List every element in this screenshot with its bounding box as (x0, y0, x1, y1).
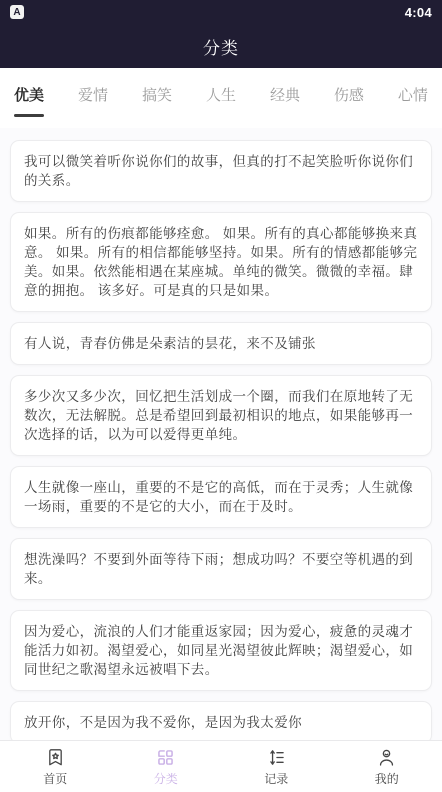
nav-label: 首页 (43, 770, 67, 787)
quote-card[interactable]: 有人说，青春仿佛是朵素洁的昙花，来不及铺张 (10, 322, 432, 365)
tab-youmei[interactable]: 优美 (14, 84, 44, 117)
tab-label: 爱情 (78, 84, 108, 114)
nav-item-records[interactable]: 记录 (241, 747, 311, 787)
app-screen: A 4:04 分类 优美 爱情 搞笑 人生 经典 伤感 (0, 0, 442, 792)
quote-list: 我可以微笑着听你说你们的故事，但真的打不起笑脸听你说你们的关系。 如果。所有的伤… (0, 128, 442, 740)
tab-label: 心情 (398, 84, 428, 114)
status-bar: A 4:04 (0, 0, 442, 24)
quote-card[interactable]: 人生就像一座山，重要的不是它的高低，而在于灵秀；人生就像一场雨，重要的不是它的大… (10, 466, 432, 528)
quote-card[interactable]: 因为爱心，流浪的人们才能重返家园；因为爱心，疲惫的灵魂才能活力如初。渴望爱心，如… (10, 610, 432, 691)
tab-gaoxiao[interactable]: 搞笑 (142, 84, 172, 117)
quote-card[interactable]: 想洗澡吗？不要到外面等待下雨；想成功吗？不要空等机遇的到来。 (10, 538, 432, 600)
category-tab-bar: 优美 爱情 搞笑 人生 经典 伤感 心情 (0, 68, 442, 128)
nav-label: 记录 (264, 770, 288, 787)
bookmark-star-icon (45, 747, 66, 768)
tab-label: 搞笑 (142, 84, 172, 114)
page-title: 分类 (203, 34, 239, 59)
nav-label: 我的 (375, 770, 399, 787)
nav-label: 分类 (154, 770, 178, 787)
nav-item-home[interactable]: 首页 (20, 747, 90, 787)
header: 分类 (0, 24, 442, 68)
tab-label: 人生 (206, 84, 236, 114)
tab-label: 优美 (14, 84, 44, 114)
quote-card[interactable]: 我可以微笑着听你说你们的故事，但真的打不起笑脸听你说你们的关系。 (10, 140, 432, 202)
nav-item-mine[interactable]: 我的 (352, 747, 422, 787)
quote-card[interactable]: 如果。所有的伤痕都能够痊愈。 如果。所有的真心都能够换来真意。 如果。所有的相信… (10, 212, 432, 312)
tab-xinqing[interactable]: 心情 (398, 84, 428, 117)
tab-active-underline (14, 114, 44, 117)
sorted-list-icon (266, 747, 287, 768)
bottom-nav: 首页 分类 (0, 740, 442, 792)
tab-label: 伤感 (334, 84, 364, 114)
nav-item-category[interactable]: 分类 (131, 747, 201, 787)
tab-jingdian[interactable]: 经典 (270, 84, 300, 117)
ime-a-icon: A (10, 5, 24, 19)
person-icon (376, 747, 397, 768)
category-icon (155, 747, 176, 768)
quote-card[interactable]: 多少次又多少次，回忆把生活划成一个圈，而我们在原地转了无数次，无法解脱。总是希望… (10, 375, 432, 456)
quote-card[interactable]: 放开你，不是因为我不爱你，是因为我太爱你 (10, 701, 432, 740)
tab-shanggan[interactable]: 伤感 (334, 84, 364, 117)
status-time: 4:04 (405, 5, 432, 20)
tab-rensheng[interactable]: 人生 (206, 84, 236, 117)
tab-aiqing[interactable]: 爱情 (78, 84, 108, 117)
tab-label: 经典 (270, 84, 300, 114)
